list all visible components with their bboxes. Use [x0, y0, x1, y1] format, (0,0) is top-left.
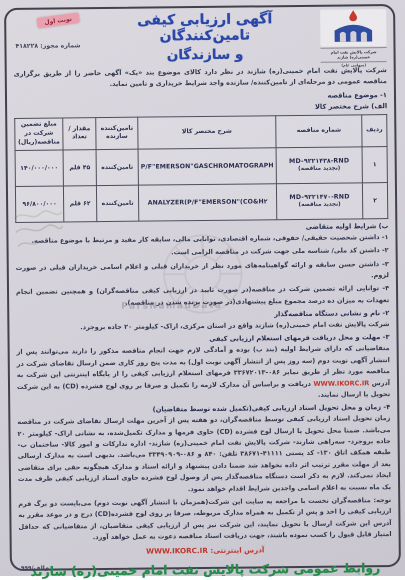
cell-tender-no: MD-۹۲۲۱۴۳۸-RND (تجدید مناقصه) — [276, 147, 362, 184]
cell-quantity: ۴۵ قلم — [63, 149, 96, 185]
col-header-supplier: تامین‌کننده سازنده — [96, 117, 138, 149]
cell-guarantee-amount: ۹۶/۸۰۰/۰۰۰ — [15, 186, 63, 223]
website-link[interactable]: WWW.IKORC.IR — [313, 379, 369, 388]
col-header-tender-no: شماره مناقصه — [276, 115, 362, 148]
ad-header: نوبت اول شماره مجوز: ۴۱۸۲۲۸ آگهی ارزیابی… — [13, 9, 387, 65]
website-link[interactable]: WWW.IKORC.IR — [146, 546, 208, 556]
cell-description: P/F"EMERSON"GASCHROMATOGRAPH — [138, 147, 276, 184]
ad-content: نوبت اول شماره مجوز: ۴۱۸۲۲۸ آگهی ارزیابی… — [13, 9, 392, 566]
tender-number: MD-۹۲۲۱۴۷۰-RND — [278, 194, 361, 202]
edition-stamp-label: نوبت اول — [44, 15, 72, 26]
intro-paragraph: شرکت پالایش نفت امام خمینی(ره) شازند در … — [14, 65, 387, 92]
col-header-description: شرح مختصر کالا — [138, 115, 276, 148]
scanned-newspaper-page: ParsNamadData نوبت اول شماره مجوز: ۴۱۸۲۲… — [0, 0, 405, 576]
logo-caption-type: (سهامی عام) — [321, 61, 387, 69]
ad-title-line2: و سازندگان — [101, 46, 308, 64]
tender-note: (تجدید مناقصه) — [278, 202, 361, 209]
col-header-quantity: مقدار / تعداد — [63, 117, 96, 149]
logo-caption-company: شرکت پالایش نفت امام خمینی(ره) شازند — [320, 47, 386, 60]
section1-heading: ۱- موضوع مناقصه — [14, 91, 387, 103]
col-header-guarantee: مبلغ تضمین شرکت در مناقصه(ریال) — [15, 118, 63, 151]
condition-item: ۳- داشتن حسن سابقه و ارائه گواهینامه‌های… — [16, 259, 389, 286]
table-row: ۱ MD-۹۲۲۱۴۳۸-RND (تجدید مناقصه) P/F"EMER… — [15, 146, 387, 186]
license-number: ۴۱۸۲۲۸ — [15, 43, 38, 50]
cell-tender-no: MD-۹۲۲۱۴۷۰-RND (تجدید مناقصه) — [276, 183, 362, 220]
cell-row-no: ۲ — [362, 182, 387, 218]
cell-description: ANALYZER(P/F"EMERSON"(CO&H۲ — [138, 183, 276, 220]
condition-item: ۴- توانایی ارائه تضمین شرکت در مناقصه(در… — [16, 283, 389, 310]
section3-body: متقاضیانی که دارای شرایط اولیه (بند ب) ب… — [17, 343, 391, 404]
cell-supplier: تامین‌کننده — [96, 185, 138, 221]
license-label: شماره مجوز: — [40, 42, 80, 49]
section2-body: شرکت پالایش نفت امام خمینی(ره) شازند واق… — [16, 319, 389, 334]
cell-row-no: ۱ — [362, 146, 387, 182]
cell-supplier: تامین‌کننده — [96, 149, 138, 185]
tender-table-header-row: ردیف شماره مناقصه شرح مختصر کالا تامین‌ک… — [15, 114, 387, 150]
note-paragraph: توجه: مناقصه‌گران نخست با مراجعه به سایت… — [18, 495, 391, 544]
company-logo-block: شرکت پالایش نفت امام خمینی(ره) شازند (سه… — [320, 9, 387, 68]
table-row: ۲ MD-۹۲۲۱۴۷۰-RND (تجدید مناقصه) ANALYZER… — [15, 182, 387, 222]
tender-table: ردیف شماره مناقصه شرح مختصر کالا تامین‌ک… — [14, 114, 388, 223]
footer-reference-number: ۹۹۹/م‌الف — [21, 566, 49, 572]
section1-sub-heading: الف) شرح مختصر کالا — [14, 102, 387, 114]
cell-guarantee-amount: ۱۴۰/۰۰۰/۰۰۰ — [15, 150, 63, 187]
license-number-line: شماره مجوز: ۴۱۸۲۲۸ — [15, 42, 80, 50]
web-address-label: آدرس اینترنتی: — [210, 546, 264, 556]
edition-stamp: نوبت اول — [37, 13, 80, 28]
ad-title-line1: آگهی ارزیابی کیفی تامین‌کنندگان — [101, 11, 308, 45]
ad-title: آگهی ارزیابی کیفی تامین‌کنندگان و سازندگ… — [101, 11, 309, 64]
section4-body: زمان تحویل اسناد ارزیابی کیفی توسط مناقص… — [17, 413, 391, 497]
ad-footer: ۹۹۹/م‌الف روابط عمومی شرکت پالایش نفت ام… — [19, 557, 392, 576]
publisher-name: روابط عمومی شرکت پالایش نفت امام خمینی(ر… — [31, 561, 381, 576]
web-address-line: آدرس اینترنتی: WWW.IKORC.IR — [19, 544, 392, 557]
cell-quantity: ۶۲ قلم — [63, 185, 96, 221]
oil-company-logo-icon — [320, 9, 386, 47]
tender-note: (تجدید مناقصه) — [278, 166, 361, 173]
col-header-row-no: ردیف — [362, 114, 387, 146]
ad-border-frame: ParsNamadData نوبت اول شماره مجوز: ۴۱۸۲۲… — [4, 4, 401, 571]
tender-number: MD-۹۲۲۱۴۳۸-RND — [278, 158, 361, 166]
